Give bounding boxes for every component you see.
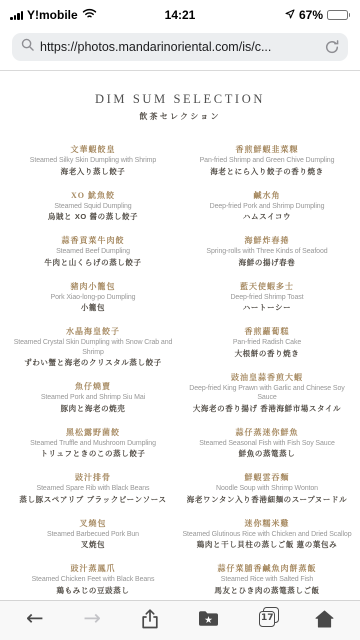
menu-item-name-zh: 鹹水角 (210, 190, 325, 201)
menu-item-name-zh: 水晶海皇餃子 (7, 326, 179, 337)
menu-item-name-zh: 叉燒包 (47, 518, 139, 529)
menu-item-name-en: Steamed Silky Skin Dumpling with Shrimp (30, 156, 156, 166)
menu-item: 海鮮炸春捲 Spring-rolls with Three Kinds of S… (206, 235, 327, 268)
menu-item-name-ja: トリュフときのこの蒸し餃子 (30, 449, 156, 459)
menu-column-left: 文華蝦餃皇 Steamed Silky Skin Dumpling with S… (6, 144, 180, 600)
status-bar-left: Y!mobile (10, 8, 128, 22)
menu-item: 鹹水角 Deep-fried Pork and Shrimp Dumpling … (210, 190, 325, 223)
url-bar[interactable]: https://photos.mandarinoriental.com/is/c… (12, 33, 348, 61)
menu-item-name-ja: 叉焼包 (47, 540, 139, 550)
menu-item-name-en: Pan-fried Radish Cake (233, 338, 301, 348)
menu-item-name-ja: 海老入り蒸し餃子 (30, 167, 156, 177)
menu-item-name-zh: 迷你糯米雞 (182, 518, 351, 529)
reload-button[interactable] (325, 40, 339, 54)
carrier-label: Y!mobile (27, 8, 78, 22)
menu-columns: 文華蝦餃皇 Steamed Silky Skin Dumpling with S… (0, 144, 360, 600)
menu-item-name-en: Steamed Glutinous Rice with Chicken and … (182, 530, 351, 540)
menu-item-name-zh: 豬肉小籠包 (51, 281, 136, 292)
menu-item-name-en: Steamed Seasonal Fish with Fish Soy Sauc… (199, 439, 335, 449)
menu-item: 豉汁蒸鳳爪 Steamed Chicken Feet with Black Be… (32, 563, 155, 596)
menu-item-name-zh: 豉油皇蒜香煎大蝦 (181, 372, 353, 383)
battery-icon (327, 10, 350, 21)
menu-item-name-ja: 鶏肉と干し貝柱の蒸しご飯 蓮の葉包み (182, 540, 351, 550)
back-button[interactable]: ← (24, 606, 46, 631)
menu-item: 藍天使蝦多士 Deep-fried Shrimp Toast ハートーシー (230, 281, 303, 314)
menu-column-right: 香煎鮮蝦韭菜粿 Pan-fried Shrimp and Green Chive… (180, 144, 354, 600)
status-bar-right: 67% (232, 8, 350, 22)
menu-item-name-ja: 大海老の香り揚げ 香港海鮮市場スタイル (181, 404, 353, 414)
menu-item: 水晶海皇餃子 Steamed Crystal Skin Dumpling wit… (7, 326, 179, 368)
menu-item-name-en: Steamed Rice with Salted Fish (214, 575, 319, 585)
menu-item: 黑松露野菌餃 Steamed Truffle and Mushroom Dump… (30, 427, 156, 460)
wifi-icon (82, 8, 97, 22)
menu-item: 豬肉小籠包 Pork Xiao-long-po Dumpling 小籠包 (51, 281, 136, 314)
menu-item-name-zh: XO 魷魚餃 (48, 190, 138, 201)
menu-item-name-zh: 鮮蝦雲吞麵 (187, 472, 347, 483)
menu-item-name-zh: 藍天使蝦多士 (230, 281, 303, 292)
bookmarks-button[interactable]: ★ (196, 608, 221, 629)
menu-item: 豉汁排骨 Steamed Spare Rib with Black Beans … (19, 472, 166, 505)
menu-item: 叉燒包 Steamed Barbecued Pork Bun 叉焼包 (47, 518, 139, 551)
menu-item-name-zh: 海鮮炸春捲 (206, 235, 327, 246)
star-icon: ★ (205, 615, 214, 626)
menu-item-name-ja: 鶏もみじの豆豉蒸し (32, 586, 155, 596)
browser-toolbar: ← → ★ 17 (0, 600, 360, 640)
menu-item-name-en: Noodle Soup with Shrimp Wonton (187, 484, 347, 494)
tab-count-badge: 17 (259, 611, 275, 627)
menu-item-name-en: Steamed Beef Dumpling (44, 247, 141, 257)
menu-item-name-zh: 文華蝦餃皇 (30, 144, 156, 155)
menu-item-name-en: Steamed Spare Rib with Black Beans (19, 484, 166, 494)
menu-item-name-ja: 蒸し豚スペアリブ ブラックビーンソース (19, 495, 166, 505)
menu-item-name-ja: 牛肉と山くらげの蒸し餃子 (44, 258, 141, 268)
browser-header: https://photos.mandarinoriental.com/is/c… (0, 28, 360, 71)
battery-percent-label: 67% (299, 8, 323, 22)
menu-item-name-ja: 大根餅の香り焼き (233, 349, 301, 359)
menu-title: DIM SUM SELECTION (0, 92, 360, 107)
menu-item-name-zh: 蒜仔蒸迷你鮮魚 (199, 427, 335, 438)
menu-item-name-en: Steamed Truffle and Mushroom Dumpling (30, 439, 156, 449)
menu-item-name-ja: 海老とにら入り餃子の香り焼き (200, 167, 335, 177)
menu-item-name-zh: 豉汁蒸鳳爪 (32, 563, 155, 574)
menu-subtitle: 飲茶セレクション (0, 111, 360, 122)
menu-item-name-ja: ずわい蟹と海老のクリスタル蒸し餃子 (7, 358, 179, 368)
menu-item-name-en: Deep-fried King Prawn with Garlic and Ch… (181, 384, 353, 403)
menu-item: 鮮蝦雲吞麵 Noodle Soup with Shrimp Wonton 海老ワ… (187, 472, 347, 505)
menu-item: 香煎鮮蝦韭菜粿 Pan-fried Shrimp and Green Chive… (200, 144, 335, 177)
menu-item-name-en: Pan-fried Shrimp and Green Chive Dumplin… (200, 156, 335, 166)
menu-item: 魚仔燒賣 Steamed Pork and Shrimp Siu Mai 豚肉と… (41, 381, 145, 414)
menu-item-name-zh: 香煎鮮蝦韭菜粿 (200, 144, 335, 155)
url-text[interactable]: https://photos.mandarinoriental.com/is/c… (40, 40, 319, 54)
menu-item-name-zh: 蒜香貢菜牛肉餃 (44, 235, 141, 246)
menu-item-name-zh: 香煎蘿蔔糕 (233, 326, 301, 337)
search-icon (21, 38, 34, 56)
menu-item: 文華蝦餃皇 Steamed Silky Skin Dumpling with S… (30, 144, 156, 177)
clock: 14:21 (128, 8, 232, 22)
menu-item: 蒜仔蒸迷你鮮魚 Steamed Seasonal Fish with Fish … (199, 427, 335, 460)
menu-item-name-ja: 海老ワンタン入り香港細麺のスープヌードル (187, 495, 347, 505)
menu-item: 蒜香貢菜牛肉餃 Steamed Beef Dumpling 牛肉と山くらげの蒸し… (44, 235, 141, 268)
menu-item-name-en: Steamed Squid Dumpling (48, 202, 138, 212)
menu-item: 蒜仔菜脯香鹹魚肉餅蒸飯 Steamed Rice with Salted Fis… (214, 563, 319, 596)
menu-item-name-en: Steamed Crystal Skin Dumpling with Snow … (7, 338, 179, 357)
web-content: DIM SUM SELECTION 飲茶セレクション 文華蝦餃皇 Steamed… (0, 71, 360, 600)
menu-item-name-en: Steamed Barbecued Pork Bun (47, 530, 139, 540)
menu-item-name-ja: 小籠包 (51, 303, 136, 313)
tabs-button[interactable]: 17 (257, 609, 277, 629)
menu-item-name-zh: 黑松露野菌餃 (30, 427, 156, 438)
menu-item-name-en: Deep-fried Pork and Shrimp Dumpling (210, 202, 325, 212)
signal-strength-icon (10, 10, 23, 20)
share-button[interactable] (139, 607, 161, 631)
menu-item-name-zh: 蒜仔菜脯香鹹魚肉餅蒸飯 (214, 563, 319, 574)
menu-item-name-zh: 豉汁排骨 (19, 472, 166, 483)
menu-item-name-ja: 豚肉と海老の焼売 (41, 404, 145, 414)
menu-item-name-ja: ハートーシー (230, 303, 303, 313)
location-arrow-icon (285, 8, 295, 22)
menu-item-name-ja: 馬友とひき肉の蒸篭蒸しご飯 (214, 586, 319, 596)
menu-item-name-ja: 鮮魚の蒸篭蒸し (199, 449, 335, 459)
home-button[interactable] (313, 608, 336, 630)
browser-window: Y!mobile 14:21 67% (0, 0, 360, 640)
status-bar: Y!mobile 14:21 67% (0, 0, 360, 28)
menu-item: 迷你糯米雞 Steamed Glutinous Rice with Chicke… (182, 518, 351, 551)
forward-button[interactable]: → (81, 606, 103, 631)
menu-item: 豉油皇蒜香煎大蝦 Deep-fried King Prawn with Garl… (181, 372, 353, 414)
menu-item-name-en: Spring-rolls with Three Kinds of Seafood (206, 247, 327, 257)
menu-item-name-en: Steamed Chicken Feet with Black Beans (32, 575, 155, 585)
menu-item: 香煎蘿蔔糕 Pan-fried Radish Cake 大根餅の香り焼き (233, 326, 301, 359)
menu-item: XO 魷魚餃 Steamed Squid Dumpling 烏賊と XO 醤の蒸… (48, 190, 138, 223)
menu-item-name-en: Pork Xiao-long-po Dumpling (51, 293, 136, 303)
menu-item-name-zh: 魚仔燒賣 (41, 381, 145, 392)
menu-item-name-en: Steamed Pork and Shrimp Siu Mai (41, 393, 145, 403)
menu-item-name-en: Deep-fried Shrimp Toast (230, 293, 303, 303)
menu-item-name-ja: 海鮮の揚げ春巻 (206, 258, 327, 268)
menu-item-name-ja: ハムスイコウ (210, 212, 325, 222)
menu-item-name-ja: 烏賊と XO 醤の蒸し餃子 (48, 212, 138, 222)
